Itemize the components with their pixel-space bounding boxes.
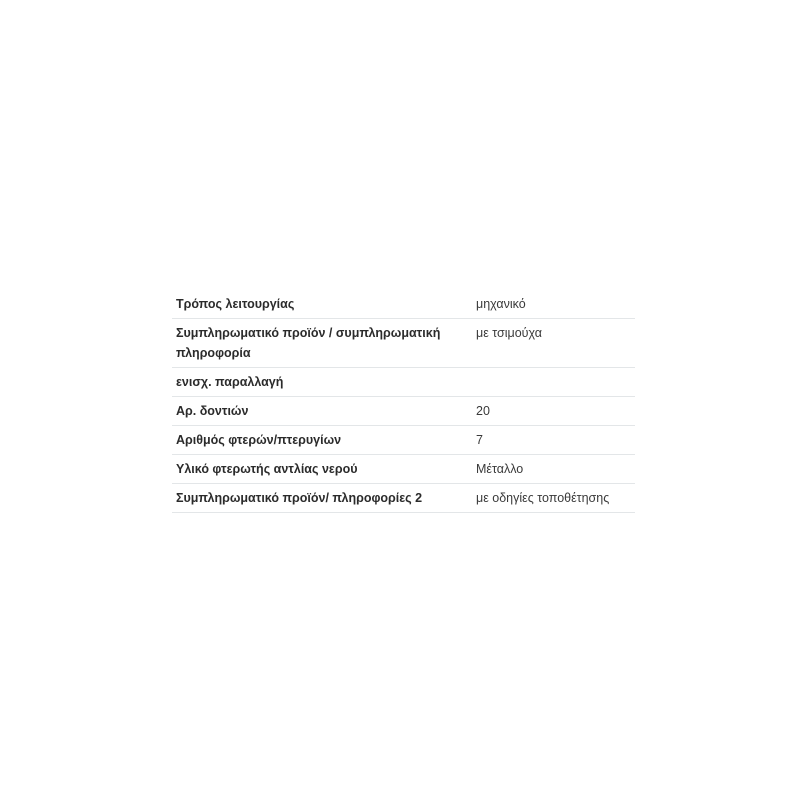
spec-label: Υλικό φτερωτής αντλίας νερού [172,455,472,484]
table-row: Αρ. δοντιών 20 [172,397,635,426]
table-row: Συμπληρωματικό προϊόν/ πληροφορίες 2 με … [172,484,635,513]
spec-value: μηχανικό [472,290,635,319]
spec-label: Αριθμός φτερών/πτερυγίων [172,426,472,455]
table-row: Συμπληρωματικό προϊόν / συμπληρωματική π… [172,319,635,368]
spec-value: 7 [472,426,635,455]
table-row: Υλικό φτερωτής αντλίας νερού Μέταλλο [172,455,635,484]
spec-value: Μέταλλο [472,455,635,484]
spec-label: Τρόπος λειτουργίας [172,290,472,319]
table-row: ενισχ. παραλλαγή [172,368,635,397]
spec-label: Συμπληρωματικό προϊόν/ πληροφορίες 2 [172,484,472,513]
spec-value: με οδηγίες τοποθέτησης [472,484,635,513]
spec-label: Αρ. δοντιών [172,397,472,426]
spec-value [472,368,635,397]
table-row: Αριθμός φτερών/πτερυγίων 7 [172,426,635,455]
specifications-table: Τρόπος λειτουργίας μηχανικό Συμπληρωματι… [172,290,635,513]
spec-label: Συμπληρωματικό προϊόν / συμπληρωματική π… [172,319,472,368]
spec-value: με τσιμούχα [472,319,635,368]
spec-label: ενισχ. παραλλαγή [172,368,472,397]
table-row: Τρόπος λειτουργίας μηχανικό [172,290,635,319]
spec-value: 20 [472,397,635,426]
